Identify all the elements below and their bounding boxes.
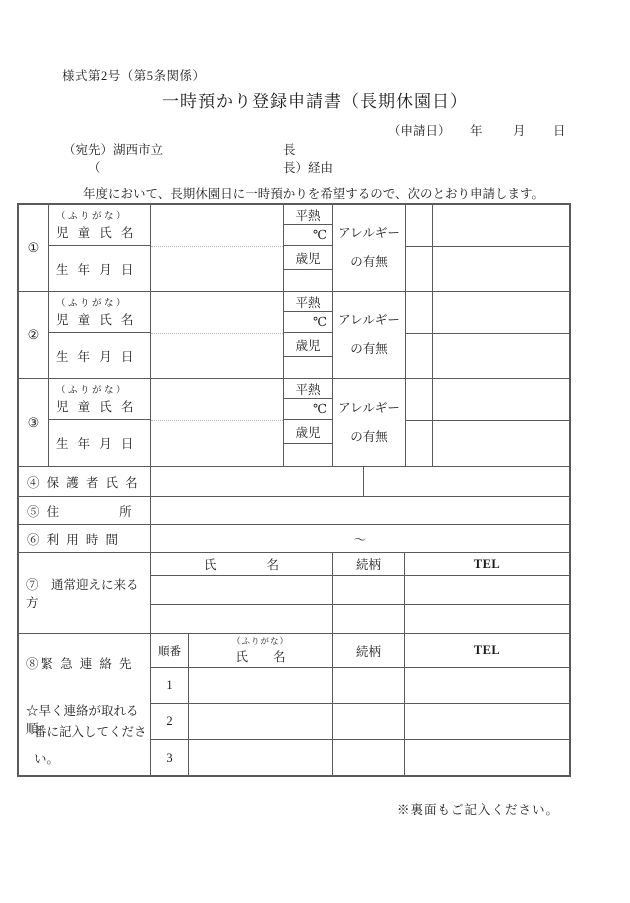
child-1-temp-age-cell: 平熱 ℃ 歳児 (284, 205, 333, 291)
child-name-label: 児 童 氏 名 (56, 397, 136, 415)
emergency-tel-cell-2 (405, 704, 569, 740)
application-date-label: （申請日） (388, 121, 451, 139)
addressee-line2: （ (88, 158, 101, 176)
age-label: 歳児 (284, 420, 332, 444)
emergency-relation-header: 続柄 (333, 634, 405, 668)
allergy-label-line2: の有無 (350, 342, 388, 356)
emergency-note-line3: い。 (34, 749, 59, 767)
child-2-write-area (151, 292, 284, 378)
emergency-label: ⑧緊 急 連 絡 先 (26, 654, 134, 672)
address-row: ⑤ 住 所 (19, 497, 569, 525)
emergency-relation-cell-3 (333, 740, 405, 777)
dotted-divider (151, 333, 283, 334)
divider (406, 333, 432, 334)
emergency-relation-cell-1 (333, 668, 405, 704)
hours-row: ⑥ 利 用 時 間 ～ (19, 525, 569, 553)
child-1-allergy-label: アレルギー の有無 (333, 205, 406, 291)
allergy-label-line2: の有無 (350, 255, 388, 269)
application-date-day: 日 (553, 121, 566, 139)
age-write-cell (284, 270, 332, 291)
intro-sentence: 年度において、長期休園日に一時預かりを希望するので、次のとおり申請します。 (83, 184, 544, 202)
pickup-tel-cell-2 (405, 605, 569, 634)
pickup-name-header: 氏 名 (151, 553, 333, 576)
child-2-allergy-label: アレルギー の有無 (333, 292, 406, 378)
birthdate-label: 生 年 月 日 (49, 260, 136, 278)
age-label: 歳児 (284, 333, 332, 357)
divider (433, 420, 569, 421)
birthdate-label: 生 年 月 日 (49, 434, 136, 452)
allergy-label-line1: アレルギー (338, 401, 400, 415)
form-number: 様式第2号（第5条関係） (62, 66, 206, 84)
child-row-2: ② （ふりがな） 児 童 氏 名 生 年 月 日 平熱 ℃ 歳児 アレルギー の… (19, 292, 569, 379)
emergency-tel-header: TEL (405, 634, 569, 668)
emergency-label-cell: ⑧緊 急 連 絡 先 ☆早く連絡が取れる順 番に記入してくださ い。 (19, 634, 151, 777)
divider (406, 246, 432, 247)
child-2-allergy-detail-cell (433, 292, 569, 378)
child-3-allergy-detail-cell (433, 379, 569, 466)
age-write-cell (284, 357, 332, 378)
furigana-label: （ふりがな） (56, 382, 128, 396)
hours-cell: ～ (151, 525, 569, 552)
child-1-allergy-check-cell (406, 205, 433, 291)
child-3-label-cell: （ふりがな） 児 童 氏 名 生 年 月 日 (49, 379, 151, 466)
furigana-label: （ふりがな） (232, 636, 289, 647)
guardian-row: ④ 保 護 者 氏 名 (19, 467, 569, 497)
child-2-temp-age-cell: 平熱 ℃ 歳児 (284, 292, 333, 378)
pickup-relation-cell-1 (333, 576, 405, 605)
emergency-section: ⑧緊 急 連 絡 先 ☆早く連絡が取れる順 番に記入してくださ い。 順番 （ふ… (19, 634, 569, 777)
address-label: ⑤ 住 所 (19, 497, 151, 524)
child-row-3: ③ （ふりがな） 児 童 氏 名 生 年 月 日 平熱 ℃ 歳児 アレルギー の… (19, 379, 569, 467)
temp-label: 平熱 (284, 205, 332, 225)
temp-label: 平熱 (284, 292, 332, 312)
divider (406, 420, 432, 421)
pickup-name-cell-2 (151, 605, 333, 634)
emergency-order-1: 1 (151, 668, 189, 704)
dotted-divider (151, 420, 283, 421)
child-2-allergy-check-cell (406, 292, 433, 378)
page-title: 一時預かり登録申請書（長期休園日） (0, 87, 630, 112)
application-date-year: 年 (470, 121, 483, 139)
child-name-label: 児 童 氏 名 (56, 310, 136, 328)
temp-label: 平熱 (284, 379, 332, 399)
form-document: 様式第2号（第5条関係） 一時預かり登録申請書（長期休園日） （申請日） 年 月… (0, 0, 630, 903)
child-row-1: ① （ふりがな） 児 童 氏 名 生 年 月 日 平熱 ℃ 歳児 アレルギー の… (19, 205, 569, 292)
emergency-order-3: 3 (151, 740, 189, 777)
dotted-divider (151, 246, 283, 247)
footer-note: ※裏面もご記入ください。 (397, 800, 559, 818)
child-3-name-label: （ふりがな） 児 童 氏 名 (49, 379, 150, 420)
divider (433, 333, 569, 334)
birthdate-label: 生 年 月 日 (49, 347, 136, 365)
emergency-name-cell-1 (189, 668, 333, 704)
allergy-label-line1: アレルギー (338, 226, 400, 240)
child-2-name-label: （ふりがな） 児 童 氏 名 (49, 292, 150, 333)
child-1-number: ① (19, 205, 49, 291)
emergency-order-header: 順番 (151, 634, 189, 668)
addressee-line1-suffix: 長 (283, 140, 296, 158)
child-1-allergy-detail-cell (433, 205, 569, 291)
temp-unit-label: ℃ (284, 399, 332, 420)
child-1-name-label: （ふりがな） 児 童 氏 名 (49, 205, 150, 246)
child-3-allergy-check-cell (406, 379, 433, 466)
emergency-order-2: 2 (151, 704, 189, 740)
pickup-tel-cell-1 (405, 576, 569, 605)
emergency-name-cell-3 (189, 740, 333, 777)
pickup-section: ⑦ 通常迎えに来る方 氏 名 続柄 TEL (19, 553, 569, 634)
application-table: ① （ふりがな） 児 童 氏 名 生 年 月 日 平熱 ℃ 歳児 アレルギー の… (17, 203, 571, 777)
addressee-line2-suffix: 長）経由 (283, 158, 333, 176)
guardian-label: ④ 保 護 者 氏 名 (19, 467, 151, 496)
pickup-relation-cell-2 (333, 605, 405, 634)
emergency-tel-cell-1 (405, 668, 569, 704)
child-2-number: ② (19, 292, 49, 378)
temp-unit-label: ℃ (284, 312, 332, 333)
pickup-relation-header: 続柄 (333, 553, 405, 576)
child-name-label: 児 童 氏 名 (56, 223, 136, 241)
allergy-label-line2: の有無 (350, 430, 388, 444)
hours-label: ⑥ 利 用 時 間 (19, 525, 151, 552)
child-3-temp-age-cell: 平熱 ℃ 歳児 (284, 379, 333, 466)
pickup-label: ⑦ 通常迎えに来る方 (19, 553, 151, 633)
tilde: ～ (354, 530, 367, 548)
application-date-month: 月 (513, 121, 526, 139)
divider (433, 246, 569, 247)
child-1-write-area (151, 205, 284, 291)
emergency-name-cell-2 (189, 704, 333, 740)
pickup-name-cell-1 (151, 576, 333, 605)
emergency-relation-cell-2 (333, 704, 405, 740)
guardian-name-cell (151, 467, 364, 496)
temp-unit-label: ℃ (284, 225, 332, 246)
child-3-write-area (151, 379, 284, 466)
furigana-label: （ふりがな） (56, 295, 128, 309)
child-2-label-cell: （ふりがな） 児 童 氏 名 生 年 月 日 (49, 292, 151, 378)
emergency-tel-cell-3 (405, 740, 569, 777)
child-1-label-cell: （ふりがな） 児 童 氏 名 生 年 月 日 (49, 205, 151, 291)
furigana-label: （ふりがな） (56, 208, 128, 222)
addressee-line1: （宛先）湖西市立 (63, 140, 163, 158)
child-3-allergy-label: アレルギー の有無 (333, 379, 406, 466)
allergy-label-line1: アレルギー (338, 313, 400, 327)
guardian-extra-cell (364, 467, 569, 496)
emergency-note-line2: 番に記入してくださ (34, 722, 147, 740)
age-write-cell (284, 444, 332, 466)
child-3-number: ③ (19, 379, 49, 466)
age-label: 歳児 (284, 246, 332, 270)
pickup-tel-header: TEL (405, 553, 569, 576)
emergency-name-header: （ふりがな） 氏 名 (189, 634, 333, 668)
address-cell (151, 497, 569, 524)
name-header-text: 氏 名 (235, 647, 285, 665)
